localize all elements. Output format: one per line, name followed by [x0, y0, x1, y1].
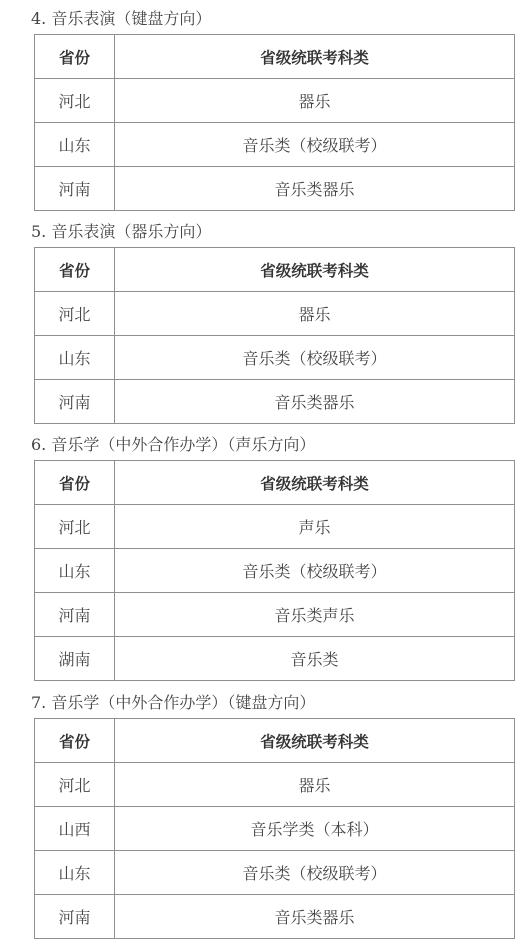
section-title: 7. 音乐学（中外合作办学）（键盘方向） — [31, 691, 315, 715]
table-row: 河南 音乐类器乐 — [35, 895, 515, 939]
table-row: 山东 音乐类（校级联考） — [35, 123, 515, 167]
section-title: 5. 音乐表演（器乐方向） — [31, 220, 211, 244]
cell-province: 河北 — [35, 763, 115, 807]
cell-category: 音乐类（校级联考） — [115, 851, 515, 895]
header-category: 省级统联考科类 — [115, 461, 515, 505]
cell-category: 音乐类器乐 — [115, 895, 515, 939]
cell-category: 音乐类（校级联考） — [115, 123, 515, 167]
cell-category: 器乐 — [115, 763, 515, 807]
section-title: 4. 音乐表演（键盘方向） — [31, 7, 211, 31]
cell-province: 山东 — [35, 549, 115, 593]
header-category: 省级统联考科类 — [115, 719, 515, 763]
header-category: 省级统联考科类 — [115, 35, 515, 79]
table-row: 山东 音乐类（校级联考） — [35, 336, 515, 380]
table-header-row: 省份 省级统联考科类 — [35, 35, 515, 79]
table-row: 河南 音乐类器乐 — [35, 167, 515, 211]
table-row: 河北 器乐 — [35, 292, 515, 336]
table-row: 湖南 音乐类 — [35, 637, 515, 681]
header-province: 省份 — [35, 461, 115, 505]
table-row: 河南 音乐类器乐 — [35, 380, 515, 424]
cell-province: 湖南 — [35, 637, 115, 681]
table-row: 山东 音乐类（校级联考） — [35, 851, 515, 895]
table-row: 河南 音乐类声乐 — [35, 593, 515, 637]
exam-category-table: 省份 省级统联考科类 河北 器乐 山东 音乐类（校级联考） 河南 音乐类器乐 — [34, 34, 515, 211]
table-header-row: 省份 省级统联考科类 — [35, 719, 515, 763]
exam-category-table: 省份 省级统联考科类 河北 器乐 山东 音乐类（校级联考） 河南 音乐类器乐 — [34, 247, 515, 424]
header-province: 省份 — [35, 35, 115, 79]
table-header-row: 省份 省级统联考科类 — [35, 248, 515, 292]
exam-category-table: 省份 省级统联考科类 河北 声乐 山东 音乐类（校级联考） 河南 音乐类声乐 湖… — [34, 460, 515, 681]
cell-category: 器乐 — [115, 79, 515, 123]
table-row: 河北 声乐 — [35, 505, 515, 549]
header-category: 省级统联考科类 — [115, 248, 515, 292]
table-row: 河北 器乐 — [35, 763, 515, 807]
section-title: 6. 音乐学（中外合作办学）（声乐方向） — [31, 433, 315, 457]
cell-province: 山东 — [35, 123, 115, 167]
cell-province: 河南 — [35, 593, 115, 637]
cell-category: 音乐类（校级联考） — [115, 549, 515, 593]
cell-category: 音乐学类（本科） — [115, 807, 515, 851]
cell-category: 音乐类器乐 — [115, 380, 515, 424]
cell-province: 河南 — [35, 895, 115, 939]
cell-province: 河南 — [35, 167, 115, 211]
header-province: 省份 — [35, 248, 115, 292]
cell-province: 河北 — [35, 505, 115, 549]
cell-province: 山东 — [35, 851, 115, 895]
cell-province: 山西 — [35, 807, 115, 851]
table-row: 河北 器乐 — [35, 79, 515, 123]
cell-province: 河北 — [35, 79, 115, 123]
header-province: 省份 — [35, 719, 115, 763]
cell-province: 河北 — [35, 292, 115, 336]
cell-category: 器乐 — [115, 292, 515, 336]
exam-category-table: 省份 省级统联考科类 河北 器乐 山西 音乐学类（本科） 山东 音乐类（校级联考… — [34, 718, 515, 939]
cell-province: 山东 — [35, 336, 115, 380]
cell-category: 音乐类 — [115, 637, 515, 681]
cell-category: 声乐 — [115, 505, 515, 549]
cell-category: 音乐类声乐 — [115, 593, 515, 637]
table-header-row: 省份 省级统联考科类 — [35, 461, 515, 505]
cell-province: 河南 — [35, 380, 115, 424]
table-row: 山西 音乐学类（本科） — [35, 807, 515, 851]
cell-category: 音乐类（校级联考） — [115, 336, 515, 380]
table-row: 山东 音乐类（校级联考） — [35, 549, 515, 593]
cell-category: 音乐类器乐 — [115, 167, 515, 211]
